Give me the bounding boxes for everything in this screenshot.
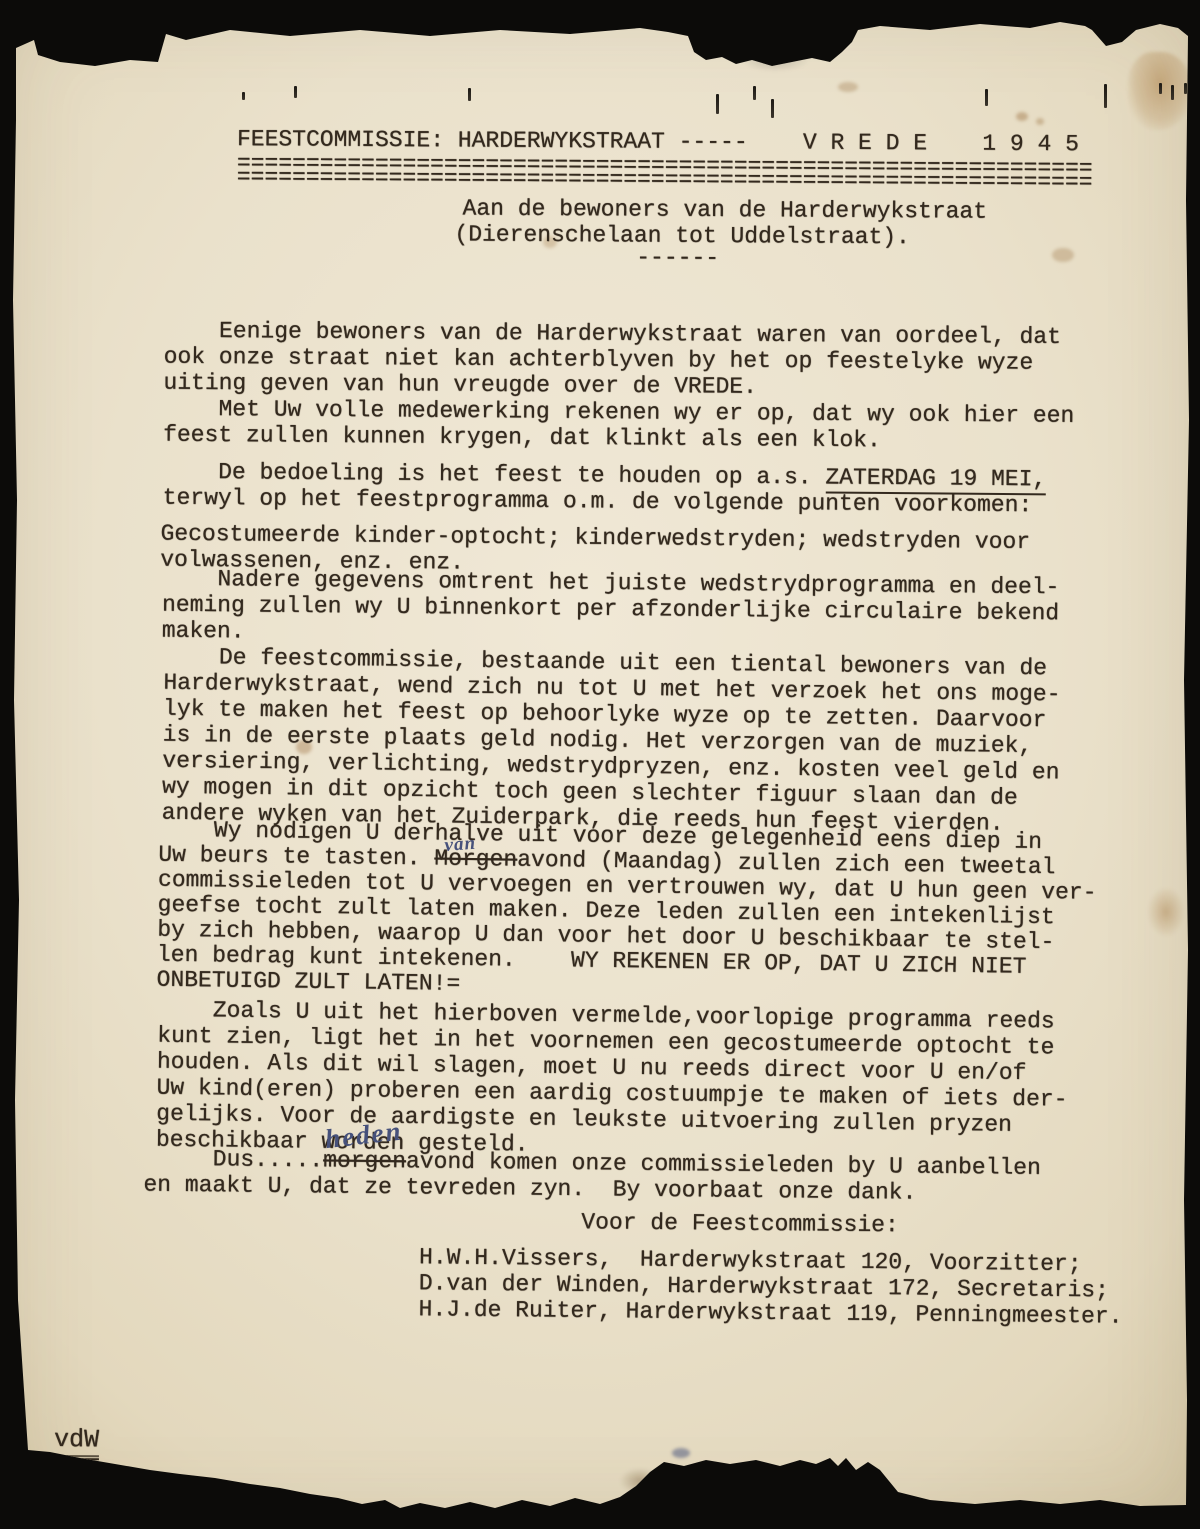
text-line: Harderwykstraat, wend zich nu tot U met … xyxy=(163,670,1060,708)
stain xyxy=(740,48,810,72)
pen-mark xyxy=(753,86,756,100)
text-line: andere wyken van het Zuiderpark, die ree… xyxy=(162,800,1059,838)
text-line: gelijks. Voor de aardigste en leukste ui… xyxy=(156,1101,1067,1139)
address-line: Aan de bewoners van de Harderwykstraat xyxy=(463,195,988,224)
struck-word: Morgenvan xyxy=(434,845,517,872)
text-line: is in de eerste plaats geld nodig. Het v… xyxy=(163,722,1060,760)
footer-initials: vdW xyxy=(54,1427,99,1460)
text-line: terwyl op het feestprogramma o.m. de vol… xyxy=(163,485,1047,519)
text-line: lyk te maken het feest op behoorlyke wyz… xyxy=(163,696,1060,734)
stain xyxy=(838,82,858,92)
divider-row: ========================================… xyxy=(237,156,1093,175)
stain xyxy=(1148,888,1184,936)
paragraph-5: Nadere gegevens omtrent het juiste wedst… xyxy=(162,566,1060,653)
signature-line: H.W.H.Vissers, Harderwykstraat 120, Voor… xyxy=(419,1244,1123,1277)
signoff: Voor de Feestcommissie: xyxy=(581,1209,899,1238)
text-line: Met Uw volle medewerking rekenen wy er o… xyxy=(163,396,1074,429)
handwritten-correction: heden xyxy=(324,1118,404,1152)
stain xyxy=(296,740,312,754)
text-line: ONBETUIGD ZULT LATEN!= xyxy=(156,968,1095,1006)
pen-mark xyxy=(1104,84,1107,108)
text-line: versiering, verlichting, wedstrydpryzen,… xyxy=(162,748,1059,786)
pen-mark xyxy=(1159,83,1162,94)
text-line: en maakt U, dat ze tevreden zyn. By voor… xyxy=(143,1172,1040,1207)
text-line: kunt zien, ligt het in het voornemen een… xyxy=(157,1023,1068,1061)
address-line: (Dierenschelaan tot Uddelstraat). xyxy=(454,221,987,250)
text-line: wy mogen in dit opzicht toch geen slecht… xyxy=(162,774,1059,812)
signature-line: H.J.de Ruiter, Harderwykstraat 119, Penn… xyxy=(418,1296,1122,1329)
struck-word: morgenheden xyxy=(323,1147,406,1174)
document-title: FEESTCOMMISSIE: HARDERWYKSTRAAT ----- V … xyxy=(237,126,1079,157)
text-line: ook onze straat niet kan achterblyven by… xyxy=(164,344,1061,376)
text-line: Zoals U uit het hierboven vermelde,voorl… xyxy=(157,997,1068,1035)
initials-text: vdW xyxy=(54,1427,99,1460)
stain xyxy=(1052,248,1074,262)
text-line: len bedrag kunt intekenen. WY REKENEN ER… xyxy=(157,943,1096,981)
paragraph-3: De bedoeling is het feest te houden op a… xyxy=(163,459,1047,519)
text-line: Dus.....morgenhedenavond komen onze comm… xyxy=(144,1146,1041,1181)
ink-smudge xyxy=(672,1448,690,1458)
text-line: by zich hebben, waarop U dan voor het do… xyxy=(157,918,1096,956)
paragraph-9: Dus.....morgenhedenavond komen onze comm… xyxy=(143,1146,1041,1207)
paragraph-4: Gecostumeerde kinder-optocht; kinderweds… xyxy=(160,521,1030,581)
pen-mark xyxy=(771,99,774,118)
signoff-label: Voor de Feestcommissie: xyxy=(581,1209,899,1238)
scanned-document-page: { "colors": { "background": "#0c0b09", "… xyxy=(0,0,1200,1529)
pen-mark xyxy=(294,86,297,98)
signature-line: D.van der Winden, Harderwykstraat 172, S… xyxy=(419,1270,1123,1303)
stain xyxy=(543,236,557,248)
text-line: Wy nodigen U derhalve uit voor deze gele… xyxy=(159,818,1098,856)
text-line: Gecostumeerde kinder-optocht; kinderweds… xyxy=(160,521,1030,555)
pen-mark xyxy=(242,92,245,100)
text-line: maken. xyxy=(162,618,1059,653)
typed-content: FEESTCOMMISSIE: HARDERWYKSTRAAT ----- V … xyxy=(0,0,1200,1529)
handwritten-correction: van xyxy=(444,831,477,858)
underlined-date: ZATERDAG 19 MEI, xyxy=(825,464,1046,495)
address-block: Aan de bewoners van de Harderwykstraat (… xyxy=(462,195,987,250)
text-line: feest zullen kunnen krygen, dat klinkt a… xyxy=(163,422,1074,455)
text-line: De bedoeling is het feest te houden op a… xyxy=(163,459,1047,493)
document-header: FEESTCOMMISSIE: HARDERWYKSTRAAT ----- V … xyxy=(237,126,1079,157)
paragraph-7: Wy nodigen U derhalve uit voor deze gele… xyxy=(156,818,1097,1006)
text-line: uiting geven van hun vreugde over de VRE… xyxy=(163,370,1060,402)
stain xyxy=(1128,52,1192,130)
text-line: De feestcommissie, bestaande uit een tie… xyxy=(164,644,1061,682)
paper-sheet: FEESTCOMMISSIE: HARDERWYKSTRAAT ----- V … xyxy=(0,0,1200,1529)
stain xyxy=(1036,118,1044,125)
paragraph-1: Eenige bewoners van de Harderwykstraat w… xyxy=(163,318,1061,402)
pen-mark xyxy=(1171,85,1174,100)
paragraph-6: De feestcommissie, bestaande uit een tie… xyxy=(162,644,1061,838)
pen-mark xyxy=(1184,83,1187,94)
text-line: commissieleden tot U vervoegen en vertro… xyxy=(158,868,1097,906)
text-line: beschikbaar worden gesteld. xyxy=(156,1127,1067,1165)
text-line: volwassenen, enz. enz. xyxy=(160,547,1030,581)
text-line: Eenige bewoners van de Harderwykstraat w… xyxy=(164,318,1061,350)
title-divider: ========================================… xyxy=(237,156,1093,189)
pen-mark xyxy=(716,94,719,114)
stain xyxy=(1016,112,1028,121)
text-line: Nadere gegevens omtrent het juiste wedst… xyxy=(162,566,1059,601)
text-line: houden. Als dit wil slagen, moet U nu re… xyxy=(157,1049,1068,1087)
signature-block: H.W.H.Vissers, Harderwykstraat 120, Voor… xyxy=(418,1244,1123,1329)
divider-row: ========================================… xyxy=(237,170,1093,189)
paragraph-2: Met Uw volle medewerking rekenen wy er o… xyxy=(163,396,1074,455)
pen-mark xyxy=(468,88,471,101)
paragraph-8: Zoals U uit het hierboven vermelde,voorl… xyxy=(156,997,1069,1165)
pen-mark xyxy=(985,89,988,106)
text-line: geefse tocht zult laten maken. Deze lede… xyxy=(157,893,1096,931)
address-dashes: ------ xyxy=(636,245,719,272)
text-line: Uw beurs te tasten. Morgenvanavond (Maan… xyxy=(158,843,1097,881)
text-line: Uw kind(eren) proberen een aardig costuu… xyxy=(156,1075,1067,1113)
stain xyxy=(620,1468,660,1494)
text-line: neming zullen wy U binnenkort per afzond… xyxy=(162,592,1059,627)
